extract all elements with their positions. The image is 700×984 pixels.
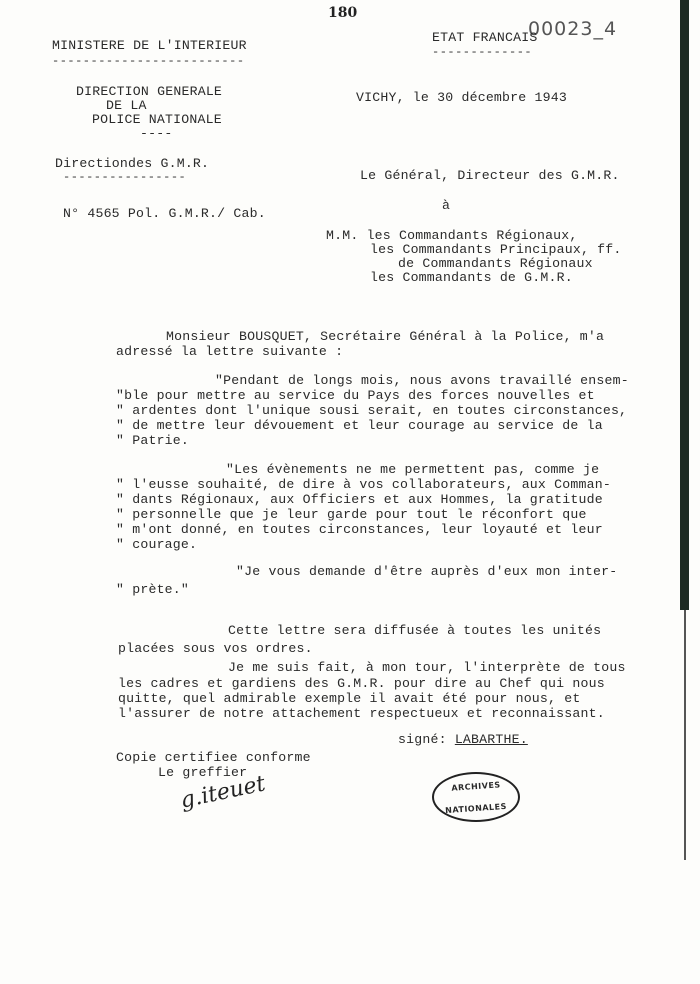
direction-line-3: POLICE NATIONALE [92, 112, 222, 127]
body-2-line-3: quitte, quel admirable exemple il avait … [118, 691, 581, 706]
quote-2-line-6: " courage. [116, 537, 197, 552]
ministry-title: MINISTERE DE L'INTERIEUR [52, 38, 247, 53]
quote-2-line-3: " dants Régionaux, aux Officiers et aux … [116, 492, 603, 507]
quote-2-line-2: " l'eusse souhaité, de dire à vos collab… [116, 477, 611, 492]
scan-edge-line [684, 610, 686, 860]
recipient-line-2: les Commandants Principaux, ff. [370, 242, 622, 257]
body-1-line-2: placées sous vos ordres. [118, 641, 313, 656]
place-date: VICHY, le 30 décembre 1943 [356, 90, 567, 105]
stamp-bottom-text: NATIONALES [434, 801, 518, 816]
recipient-line-3: de Commandants Régionaux [398, 256, 593, 271]
quote-2-line-4: " personnelle que je leur garde pour tou… [116, 507, 587, 522]
quote-3-line-2: " prète." [116, 582, 189, 597]
signature-label: signé: [398, 732, 447, 747]
quote-2-line-1: "Les évènements ne me permettent pas, co… [226, 462, 599, 477]
reference-number: N° 4565 Pol. G.M.R./ Cab. [63, 206, 266, 221]
sub-direction: Directiondes G.M.R. [55, 156, 209, 171]
quote-1-line-4: " de mettre leur dévouement et leur cour… [116, 418, 603, 433]
recipient-line-4: les Commandants de G.M.R. [370, 270, 573, 285]
body-1-line-1: Cette lettre sera diffusée à toutes les … [228, 623, 601, 638]
body-2-line-2: les cadres et gardiens des G.M.R. pour d… [118, 676, 605, 691]
certification-line-1: Copie certifiee conforme [116, 750, 311, 765]
stamp-top-text: ARCHIVES [434, 779, 518, 794]
direction-short-rule: ---- [140, 126, 172, 141]
quote-1-line-2: "ble pour mettre au service du Pays des … [116, 388, 595, 403]
signature-name: LABARTHE. [455, 732, 528, 747]
signature-block: signé: LABARTHE. [398, 732, 528, 747]
quote-1-line-1: "Pendant de longs mois, nous avons trava… [215, 373, 629, 388]
archive-number: 00023_4 [528, 18, 617, 40]
quote-1-line-5: " Patrie. [116, 433, 189, 448]
direction-line-1: DIRECTION GENERALE [76, 84, 222, 99]
intro-line-2: adressé la lettre suivante : [116, 344, 343, 359]
state-title: ETAT FRANCAIS [432, 30, 537, 45]
body-2-line-4: l'assurer de notre attachement respectue… [118, 706, 605, 721]
quote-1-line-3: " ardentes dont l'unique sousi serait, e… [116, 403, 627, 418]
sub-direction-rule: ---------------- [63, 170, 186, 184]
sender: Le Général, Directeur des G.M.R. [360, 168, 620, 183]
to-label: à [442, 198, 450, 213]
direction-line-2: DE LA [106, 98, 147, 113]
recipient-line-1: M.M. les Commandants Régionaux, [326, 228, 578, 243]
state-rule: ------------- [432, 45, 532, 59]
quote-3-line-1: "Je vous demande d'être auprès d'eux mon… [236, 564, 617, 579]
quote-2-line-5: " m'ont donné, en toutes circonstances, … [116, 522, 603, 537]
page-number: 180 [328, 5, 357, 21]
ministry-rule: ------------------------- [52, 54, 245, 68]
scan-edge-shadow [680, 0, 689, 610]
intro-line-1: Monsieur BOUSQUET, Secrétaire Général à … [166, 329, 604, 344]
archives-nationales-stamp: ARCHIVES NATIONALES [432, 772, 520, 822]
body-2-line-1: Je me suis fait, à mon tour, l'interprèt… [228, 660, 626, 675]
